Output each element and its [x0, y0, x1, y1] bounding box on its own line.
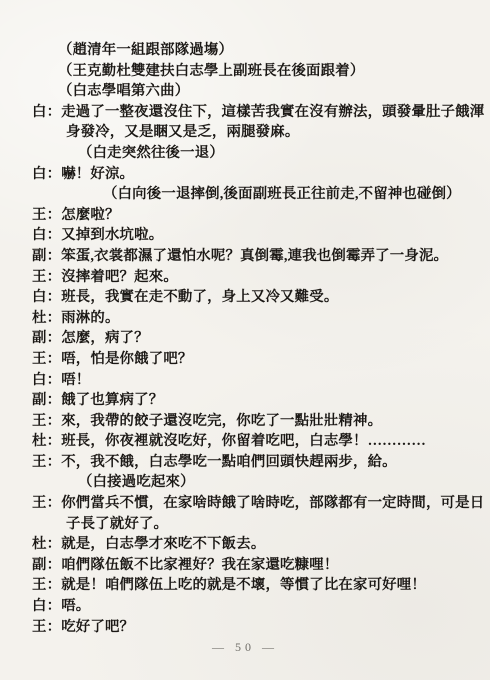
speaker-label: 王： [32, 413, 61, 429]
speaker-label: 王： [32, 351, 61, 367]
dialogue-text: 走過了一整夜還沒住下，這樣苦我實在沒有辦法，頭發暈肚子餓渾身發冷，又是睏又是乏，… [61, 104, 484, 141]
page-number: — 50 — [0, 640, 490, 655]
stage-direction: （白志學唱第六曲） [58, 81, 490, 102]
dialogue-text: 雨淋的。 [61, 310, 119, 326]
dialogue-line: 王：不，我不餓，白志學吃一點咱們回頭快趕兩步，給。 [32, 452, 490, 473]
dialogue-text: 吃好了吧？ [61, 619, 134, 635]
dialogue-line: 白：走過了一整夜還沒住下，這樣苦我實在沒有辦法，頭發暈肚子餓渾身發冷，又是睏又是… [32, 102, 490, 143]
stage-direction: （王克勤杜雙建扶白志學上副班長在後面跟着） [58, 61, 490, 82]
dialogue-text: 唔。 [61, 598, 90, 614]
dialogue-text: 餓了也算病了？ [61, 392, 163, 408]
dialogue-text: 不，我不餓，白志學吃一點咱們回頭快趕兩步，給。 [61, 454, 397, 470]
dialogue-text: 怎麼，病了？ [61, 330, 149, 346]
speaker-label: 白： [32, 598, 61, 614]
speaker-label: 副： [32, 392, 61, 408]
dialogue-line: 副：餓了也算病了？ [32, 390, 490, 411]
dialogue-text: 咱們隊伍飯不比家裡好？我在家還吃糠哩！ [61, 557, 338, 573]
stage-direction: （白向後一退摔倒,後面副班長正往前走,不留神也碰倒） [103, 184, 490, 205]
speaker-label: 王： [32, 577, 61, 593]
dialogue-text: 嚇！好涼。 [61, 166, 134, 182]
speaker-label: 王： [32, 269, 61, 285]
dialogue-line: 王：怎麼啦？ [32, 205, 490, 226]
speaker-label: 王： [32, 619, 61, 635]
speaker-label: 王： [32, 207, 61, 223]
dialogue-text: 唔，怕是你餓了吧？ [61, 351, 192, 367]
dialogue-line: 王：來，我帶的餃子還沒吃完，你吃了一點壯壯精神。 [32, 411, 490, 432]
dialogue-line: 王：沒摔着吧？起來。 [32, 267, 490, 288]
script-body: （趙清年一組跟部隊過塲）（王克勤杜雙建扶白志學上副班長在後面跟着）（白志學唱第六… [0, 40, 490, 637]
script-page: （趙清年一組跟部隊過塲）（王克勤杜雙建扶白志學上副班長在後面跟着）（白志學唱第六… [0, 0, 490, 680]
dialogue-line: 王：唔，怕是你餓了吧？ [32, 349, 490, 370]
dialogue-text: 來，我帶的餃子還沒吃完，你吃了一點壯壯精神。 [61, 413, 382, 429]
speaker-label: 杜： [32, 310, 61, 326]
speaker-label: 副： [32, 248, 61, 264]
dialogue-line: 王：你們當兵不慣，在家啥時餓了啥時吃，部隊都有一定時間，可是日子長了就好了。 [32, 493, 490, 534]
speaker-label: 杜： [32, 536, 61, 552]
dialogue-line: 副：笨蛋,衣裳都濕了還怕水呢？真倒霉,連我也倒霉弄了一身泥。 [32, 246, 490, 267]
dialogue-line: 白：唔。 [32, 596, 490, 617]
dialogue-line: 王：就是！咱們隊伍上吃的就是不壞，等慣了比在家可好哩！ [32, 575, 490, 596]
speaker-label: 白： [32, 372, 61, 388]
dialogue-text: 班長，我實在走不動了，身上又冷又難受。 [61, 289, 338, 305]
dialogue-line: 副：怎麼，病了？ [32, 328, 490, 349]
dialogue-line: 副：咱們隊伍飯不比家裡好？我在家還吃糠哩！ [32, 555, 490, 576]
dialogue-line: 杜：雨淋的。 [32, 308, 490, 329]
speaker-label: 王： [32, 495, 61, 511]
stage-direction: （白走突然往後一退） [78, 143, 490, 164]
dialogue-line: 白：嚇！好涼。 [32, 164, 490, 185]
speaker-label: 副： [32, 557, 61, 573]
speaker-label: 白： [32, 166, 61, 182]
stage-direction: （白接過吃起來） [78, 472, 490, 493]
dialogue-line: 王：吃好了吧？ [32, 617, 490, 638]
speaker-label: 白： [32, 227, 61, 243]
dialogue-text: 班長，你夜裡就沒吃好，你留着吃吧，白志學！………… [61, 433, 426, 449]
dialogue-line: 杜：班長，你夜裡就沒吃好，你留着吃吧，白志學！………… [32, 431, 490, 452]
speaker-label: 王： [32, 454, 61, 470]
dialogue-text: 唔！ [61, 372, 90, 388]
stage-direction: （趙清年一組跟部隊過塲） [58, 40, 490, 61]
dialogue-text: 怎麼啦？ [61, 207, 119, 223]
dialogue-text: 笨蛋,衣裳都濕了還怕水呢？真倒霉,連我也倒霉弄了一身泥。 [61, 248, 448, 264]
dialogue-text: 沒摔着吧？起來。 [61, 269, 178, 285]
dialogue-line: 白：班長，我實在走不動了，身上又冷又難受。 [32, 287, 490, 308]
dialogue-text: 又掉到水坑啦。 [61, 227, 163, 243]
dialogue-line: 杜：就是，白志學才來吃不下飯去。 [32, 534, 490, 555]
dialogue-line: 白：唔！ [32, 370, 490, 391]
speaker-label: 白： [32, 104, 61, 120]
dialogue-line: 白：又掉到水坑啦。 [32, 225, 490, 246]
dialogue-text: 就是，白志學才來吃不下飯去。 [61, 536, 265, 552]
dialogue-text: 你們當兵不慣，在家啥時餓了啥時吃，部隊都有一定時間，可是日子長了就好了。 [61, 495, 484, 532]
speaker-label: 白： [32, 289, 61, 305]
speaker-label: 副： [32, 330, 61, 346]
speaker-label: 杜： [32, 433, 61, 449]
dialogue-text: 就是！咱們隊伍上吃的就是不壞，等慣了比在家可好哩！ [61, 577, 426, 593]
